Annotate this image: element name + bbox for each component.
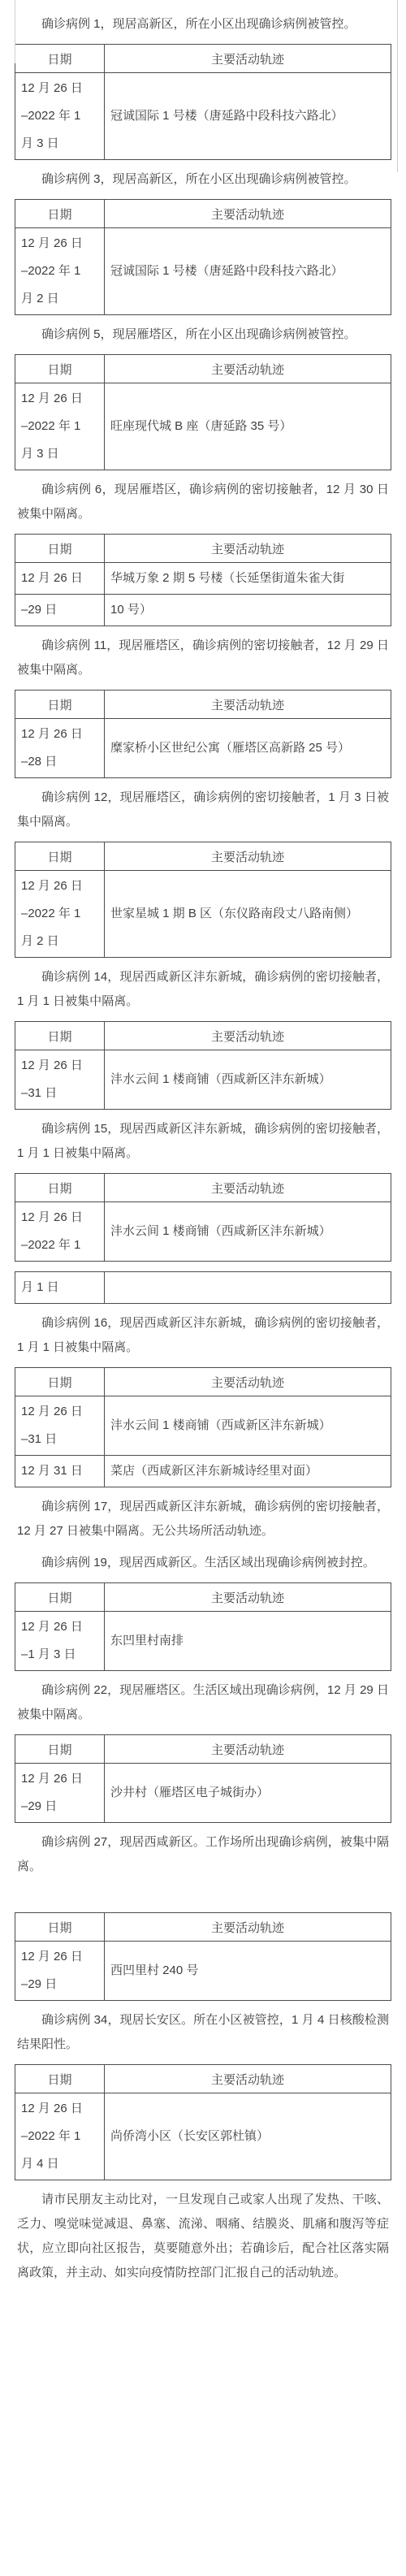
closing-paragraph: 请市民朋友主动比对，一旦发现自己或家人出现了发热、干咳、乏力、嗅觉味觉减退、鼻塞…	[15, 2188, 391, 2285]
track-header: 主要活动轨迹	[105, 1174, 391, 1202]
article-page: 确诊病例 1，现居高新区，所在小区出现确诊病例被管控。 日期 主要活动轨迹 12…	[0, 0, 406, 2576]
case-paragraph: 确诊病例 34，现居长安区。所在小区被管控，1 月 4 日核酸检测结果阳性。	[15, 2008, 391, 2057]
activity-table: 日期 主要活动轨迹 12 月 26 日 –29 日 西凹里村 240 号	[15, 1912, 391, 2001]
activity-table: 日期 主要活动轨迹 12 月 26 日 –1 月 3 日 东凹里村南排	[15, 1582, 391, 1671]
track-cell: 沙井村（雁塔区电子城街办）	[105, 1764, 391, 1823]
track-cell: 菜店（西咸新区沣东新城诗经里对面）	[105, 1456, 391, 1487]
article-content: 确诊病例 1，现居高新区，所在小区出现确诊病例被管控。 日期 主要活动轨迹 12…	[15, 0, 391, 2285]
table-row: 12 月 31 日 菜店（西咸新区沣东新城诗经里对面）	[15, 1456, 391, 1487]
activity-table: 日期 主要活动轨迹 12 月 26 日 华城万象 2 期 5 号楼（长延堡街道朱…	[15, 534, 391, 626]
track-cell: 尚侨湾小区（长安区郭杜镇）	[105, 2093, 391, 2180]
case-paragraph: 确诊病例 5，现居雁塔区，所在小区出现确诊病例被管控。	[15, 323, 391, 347]
table-row: 12 月 26 日 –29 日 沙井村（雁塔区电子城街办）	[15, 1764, 391, 1823]
date-cell: 12 月 26 日 –2022 年 1 月 3 日	[15, 383, 105, 470]
case-paragraph: 确诊病例 16，现居西咸新区沣东新城，确诊病例的密切接触者，1 月 1 日被集中…	[15, 1311, 391, 1360]
table-row: 12 月 26 日 –28 日 糜家桥小区世纪公寓（雁塔区高新路 25 号）	[15, 719, 391, 778]
date-cell: 12 月 26 日 –2022 年 1 月 2 日	[15, 871, 105, 958]
activity-table: 日期 主要活动轨迹 12 月 26 日 –2022 年 1 月 3 日 冠诚国际…	[15, 44, 391, 160]
track-header: 主要活动轨迹	[105, 1913, 391, 1942]
table-row: 12 月 26 日 –31 日 沣水云间 1 楼商铺（西咸新区沣东新城）	[15, 1396, 391, 1456]
table-row: 12 月 26 日 –2022 年 1 月 2 日 世家星城 1 期 B 区（东…	[15, 871, 391, 958]
activity-table: 日期 主要活动轨迹 12 月 26 日 –28 日 糜家桥小区世纪公寓（雁塔区高…	[15, 690, 391, 778]
track-cell: 冠诚国际 1 号楼（唐延路中段科技六路北）	[105, 228, 391, 315]
date-cell: 12 月 26 日 –2022 年 1	[15, 1202, 105, 1262]
table-row: 12 月 26 日 –2022 年 1 月 4 日 尚侨湾小区（长安区郭杜镇）	[15, 2093, 391, 2180]
case-paragraph: 确诊病例 1，现居高新区，所在小区出现确诊病例被管控。	[15, 12, 391, 37]
table-row: 12 月 26 日 –2022 年 1 沣水云间 1 楼商铺（西咸新区沣东新城）	[15, 1202, 391, 1262]
activity-table: 日期 主要活动轨迹 12 月 26 日 –29 日 沙井村（雁塔区电子城街办）	[15, 1734, 391, 1823]
date-cell: 12 月 26 日 –2022 年 1 月 3 日	[15, 73, 105, 160]
track-cell: 华城万象 2 期 5 号楼（长延堡街道朱雀大街	[105, 563, 391, 595]
table-row: 12 月 26 日 –2022 年 1 月 3 日 冠诚国际 1 号楼（唐延路中…	[15, 73, 391, 160]
date-cell: –29 日	[15, 595, 105, 626]
table-row: 12 月 26 日 –2022 年 1 月 2 日 冠诚国际 1 号楼（唐延路中…	[15, 228, 391, 315]
track-cell: 冠诚国际 1 号楼（唐延路中段科技六路北）	[105, 73, 391, 160]
track-cell: 10 号）	[105, 595, 391, 626]
date-cell: 12 月 26 日 –2022 年 1 月 2 日	[15, 228, 105, 315]
activity-table: 日期 主要活动轨迹 12 月 26 日 –2022 年 1 沣水云间 1 楼商铺…	[15, 1173, 391, 1262]
track-cell: 沣水云间 1 楼商铺（西咸新区沣东新城）	[105, 1050, 391, 1110]
activity-table: 日期 主要活动轨迹 12 月 26 日 –2022 年 1 月 2 日 冠诚国际…	[15, 199, 391, 315]
track-cell: 东凹里村南排	[105, 1612, 391, 1671]
track-header: 主要活动轨迹	[105, 1022, 391, 1050]
date-cell: 12 月 26 日 –28 日	[15, 719, 105, 778]
case-paragraph: 确诊病例 14，现居西咸新区沣东新城，确诊病例的密切接触者，1 月 1 日被集中…	[15, 965, 391, 1014]
date-header: 日期	[15, 200, 105, 228]
date-header: 日期	[15, 535, 105, 563]
case-paragraph: 确诊病例 27，现居西咸新区。工作场所出现确诊病例，被集中隔离。	[15, 1830, 391, 1879]
scrollbar[interactable]	[397, 0, 398, 172]
date-header: 日期	[15, 842, 105, 871]
track-header: 主要活动轨迹	[105, 200, 391, 228]
case-paragraph: 确诊病例 6，现居雁塔区，确诊病例的密切接触者，12 月 30 日被集中隔离。	[15, 478, 391, 526]
table-row: 12 月 26 日 –29 日 西凹里村 240 号	[15, 1942, 391, 2001]
date-cell: 12 月 31 日	[15, 1456, 105, 1487]
date-header: 日期	[15, 1368, 105, 1396]
date-header: 日期	[15, 1735, 105, 1764]
table-row: 月 1 日	[15, 1272, 391, 1304]
date-header: 日期	[15, 1913, 105, 1942]
track-header: 主要活动轨迹	[105, 45, 391, 73]
activity-table: 日期 主要活动轨迹 12 月 26 日 –2022 年 1 月 3 日 旺座现代…	[15, 354, 391, 470]
case-paragraph: 确诊病例 3，现居高新区，所在小区出现确诊病例被管控。	[15, 167, 391, 192]
date-cell: 12 月 26 日 –31 日	[15, 1396, 105, 1456]
table-row: 12 月 26 日 华城万象 2 期 5 号楼（长延堡街道朱雀大街	[15, 563, 391, 595]
track-header: 主要活动轨迹	[105, 691, 391, 719]
track-header: 主要活动轨迹	[105, 2065, 391, 2093]
activity-table: 日期 主要活动轨迹 12 月 26 日 –31 日 沣水云间 1 楼商铺（西咸新…	[15, 1021, 391, 1110]
table-row: 12 月 26 日 –1 月 3 日 东凹里村南排	[15, 1612, 391, 1671]
track-header: 主要活动轨迹	[105, 1735, 391, 1764]
track-cell: 西凹里村 240 号	[105, 1942, 391, 2001]
case-paragraph: 确诊病例 15，现居西咸新区沣东新城，确诊病例的密切接触者，1 月 1 日被集中…	[15, 1117, 391, 1166]
track-header: 主要活动轨迹	[105, 535, 391, 563]
case-paragraph: 确诊病例 11，现居雁塔区，确诊病例的密切接触者，12 月 29 日被集中隔离。	[15, 634, 391, 682]
date-cell: 12 月 26 日	[15, 563, 105, 595]
case-paragraph: 确诊病例 22，现居雁塔区。生活区域出现确诊病例，12 月 29 日被集中隔离。	[15, 1678, 391, 1727]
activity-table: 日期 主要活动轨迹 12 月 26 日 –2022 年 1 月 2 日 世家星城…	[15, 842, 391, 958]
track-header: 主要活动轨迹	[105, 842, 391, 871]
date-cell: 12 月 26 日 –1 月 3 日	[15, 1612, 105, 1671]
date-cell: 月 1 日	[15, 1272, 105, 1304]
table-row: –29 日 10 号）	[15, 595, 391, 626]
track-cell: 沣水云间 1 楼商铺（西咸新区沣东新城）	[105, 1202, 391, 1262]
date-header: 日期	[15, 2065, 105, 2093]
activity-table: 日期 主要活动轨迹 12 月 26 日 –2022 年 1 月 4 日 尚侨湾小…	[15, 2064, 391, 2180]
empty-line	[15, 1886, 391, 1911]
case-paragraph: 确诊病例 17，现居西咸新区沣东新城，确诊病例的密切接触者，12 月 27 日被…	[15, 1495, 391, 1543]
track-cell: 世家星城 1 期 B 区（东仪路南段丈八路南侧）	[105, 871, 391, 958]
date-header: 日期	[15, 691, 105, 719]
track-header: 主要活动轨迹	[105, 1583, 391, 1612]
track-cell: 旺座现代城 B 座（唐延路 35 号）	[105, 383, 391, 470]
date-header: 日期	[15, 1022, 105, 1050]
date-cell: 12 月 26 日 –31 日	[15, 1050, 105, 1110]
date-header: 日期	[15, 1174, 105, 1202]
case-paragraph: 确诊病例 19，现居西咸新区。生活区域出现确诊病例被封控。	[15, 1551, 391, 1575]
date-header: 日期	[15, 355, 105, 383]
date-header: 日期	[15, 1583, 105, 1612]
track-cell: 糜家桥小区世纪公寓（雁塔区高新路 25 号）	[105, 719, 391, 778]
track-cell: 沣水云间 1 楼商铺（西咸新区沣东新城）	[105, 1396, 391, 1456]
track-cell	[105, 1272, 391, 1304]
track-header: 主要活动轨迹	[105, 355, 391, 383]
date-cell: 12 月 26 日 –29 日	[15, 1942, 105, 2001]
date-cell: 12 月 26 日 –2022 年 1 月 4 日	[15, 2093, 105, 2180]
table-row: 12 月 26 日 –31 日 沣水云间 1 楼商铺（西咸新区沣东新城）	[15, 1050, 391, 1110]
table-row: 12 月 26 日 –2022 年 1 月 3 日 旺座现代城 B 座（唐延路 …	[15, 383, 391, 470]
activity-table: 日期 主要活动轨迹 12 月 26 日 –31 日 沣水云间 1 楼商铺（西咸新…	[15, 1367, 391, 1487]
date-header: 日期	[15, 45, 105, 73]
page-edge-line	[15, 0, 15, 63]
activity-table-continued: 月 1 日	[15, 1271, 391, 1304]
table-split-gap	[15, 1263, 391, 1270]
case-paragraph: 确诊病例 12，现居雁塔区，确诊病例的密切接触者，1 月 3 日被集中隔离。	[15, 786, 391, 834]
date-cell: 12 月 26 日 –29 日	[15, 1764, 105, 1823]
track-header: 主要活动轨迹	[105, 1368, 391, 1396]
